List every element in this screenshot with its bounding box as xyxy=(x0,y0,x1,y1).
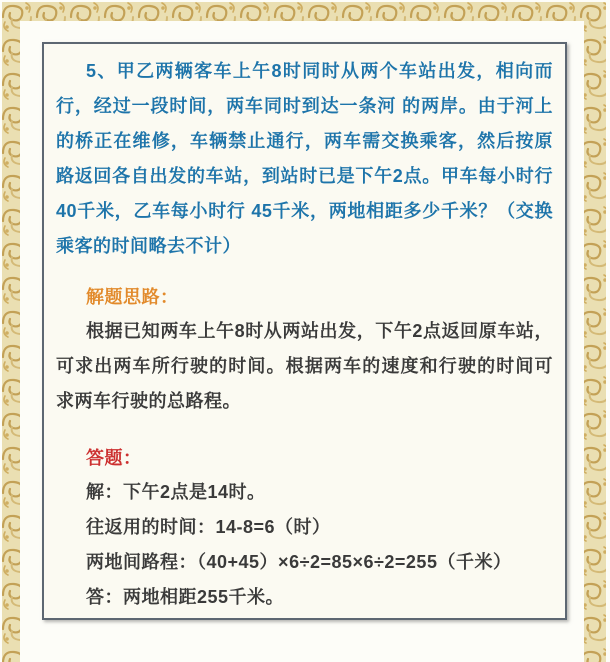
answer-line-3: 两地间路程：（40+45）×6÷2=85×6÷2=255（千米） xyxy=(56,545,553,580)
answer-line-1: 解：下午2点是14时。 xyxy=(56,475,553,510)
problem-statement: 5、甲乙两辆客车上午8时同时从两个车站出发，相向而行，经过一段时间，两车同时到达… xyxy=(56,54,553,264)
answer-line-4: 答：两地相距255千米。 xyxy=(56,580,553,615)
worksheet-card: 5、甲乙两辆客车上午8时同时从两个车站出发，相向而行，经过一段时间，两车同时到达… xyxy=(42,42,567,620)
answer-heading: 答题： xyxy=(56,441,553,475)
frame-left-band xyxy=(2,2,20,662)
frame-top-band xyxy=(2,2,606,21)
answer-line-2: 往返用的时间：14-8=6（时） xyxy=(56,510,553,545)
solution-paragraph: 根据已知两车上午8时从两站出发，下午2点返回原车站，可求出两车所行驶的时间。根据… xyxy=(56,314,553,419)
solution-heading: 解题思路： xyxy=(56,280,553,314)
frame-right-band xyxy=(584,2,606,662)
